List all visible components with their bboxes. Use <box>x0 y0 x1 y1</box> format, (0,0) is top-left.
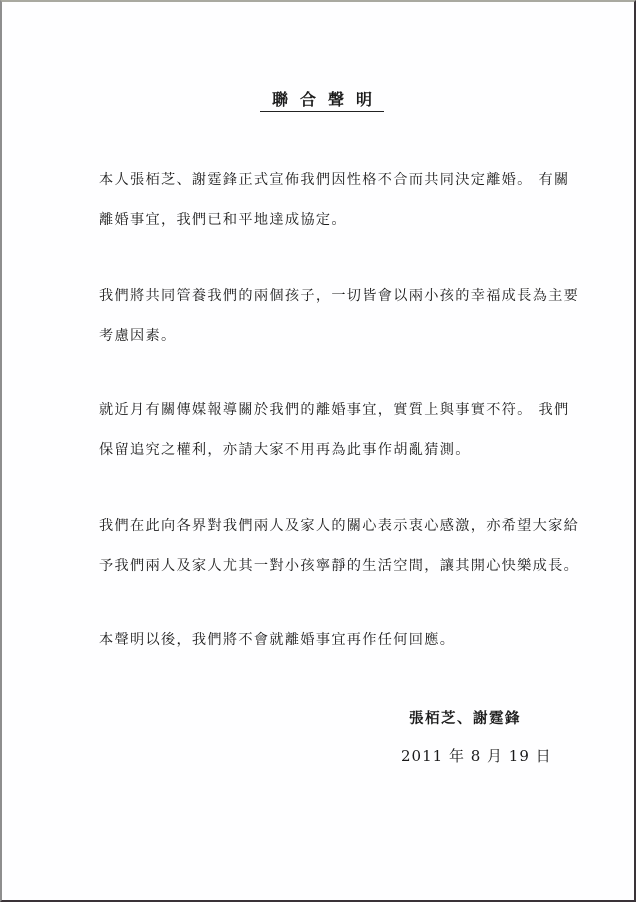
document-title-text: 聯合聲明 <box>260 91 384 112</box>
paragraph-line: 予我們兩人及家人尤其一對小孩寧靜的生活空間，讓其開心快樂成長。 <box>99 546 559 586</box>
paragraph-line: 我們將共同管養我們的兩個孩子，一切皆會以兩小孩的幸福成長為主要 <box>99 276 559 316</box>
paragraph-4: 我們在此向各界對我們兩人及家人的關心表示衷心感激，亦希望大家給 予我們兩人及家人… <box>99 506 559 586</box>
paragraph-line: 就近月有關傳媒報導關於我們的離婚事宜，實質上與事實不符。 我們 <box>99 390 559 430</box>
paragraph-2: 我們將共同管養我們的兩個孩子，一切皆會以兩小孩的幸福成長為主要 考慮因素。 <box>99 276 559 356</box>
paragraph-3: 就近月有關傳媒報導關於我們的離婚事宜，實質上與事實不符。 我們 保留追究之權利，… <box>99 390 559 470</box>
paragraph-5: 本聲明以後，我們將不會就離婚事宜再作任何回應。 <box>99 620 559 660</box>
document-page: 聯合聲明 本人張栢芝、謝霆鋒正式宣佈我們因性格不合而共同決定離婚。 有關 離婚事… <box>0 0 636 902</box>
paragraph-line: 考慮因素。 <box>99 316 559 356</box>
signature: 張栢芝、謝霆鋒 <box>409 707 521 728</box>
paragraph-line: 我們在此向各界對我們兩人及家人的關心表示衷心感激，亦希望大家給 <box>99 506 559 546</box>
paragraph-line: 保留追究之權利，亦請大家不用再為此事作胡亂猜測。 <box>99 430 559 470</box>
paragraph-line: 本人張栢芝、謝霆鋒正式宣佈我們因性格不合而共同決定離婚。 有關 <box>99 160 559 200</box>
paragraph-line: 本聲明以後，我們將不會就離婚事宜再作任何回應。 <box>99 620 559 660</box>
document-title: 聯合聲明 <box>2 90 640 112</box>
paragraph-line: 離婚事宜，我們已和平地達成協定。 <box>99 200 559 240</box>
document-date: 2011 年 8 月 19 日 <box>401 745 552 766</box>
paragraph-1: 本人張栢芝、謝霆鋒正式宣佈我們因性格不合而共同決定離婚。 有關 離婚事宜，我們已… <box>99 160 559 240</box>
